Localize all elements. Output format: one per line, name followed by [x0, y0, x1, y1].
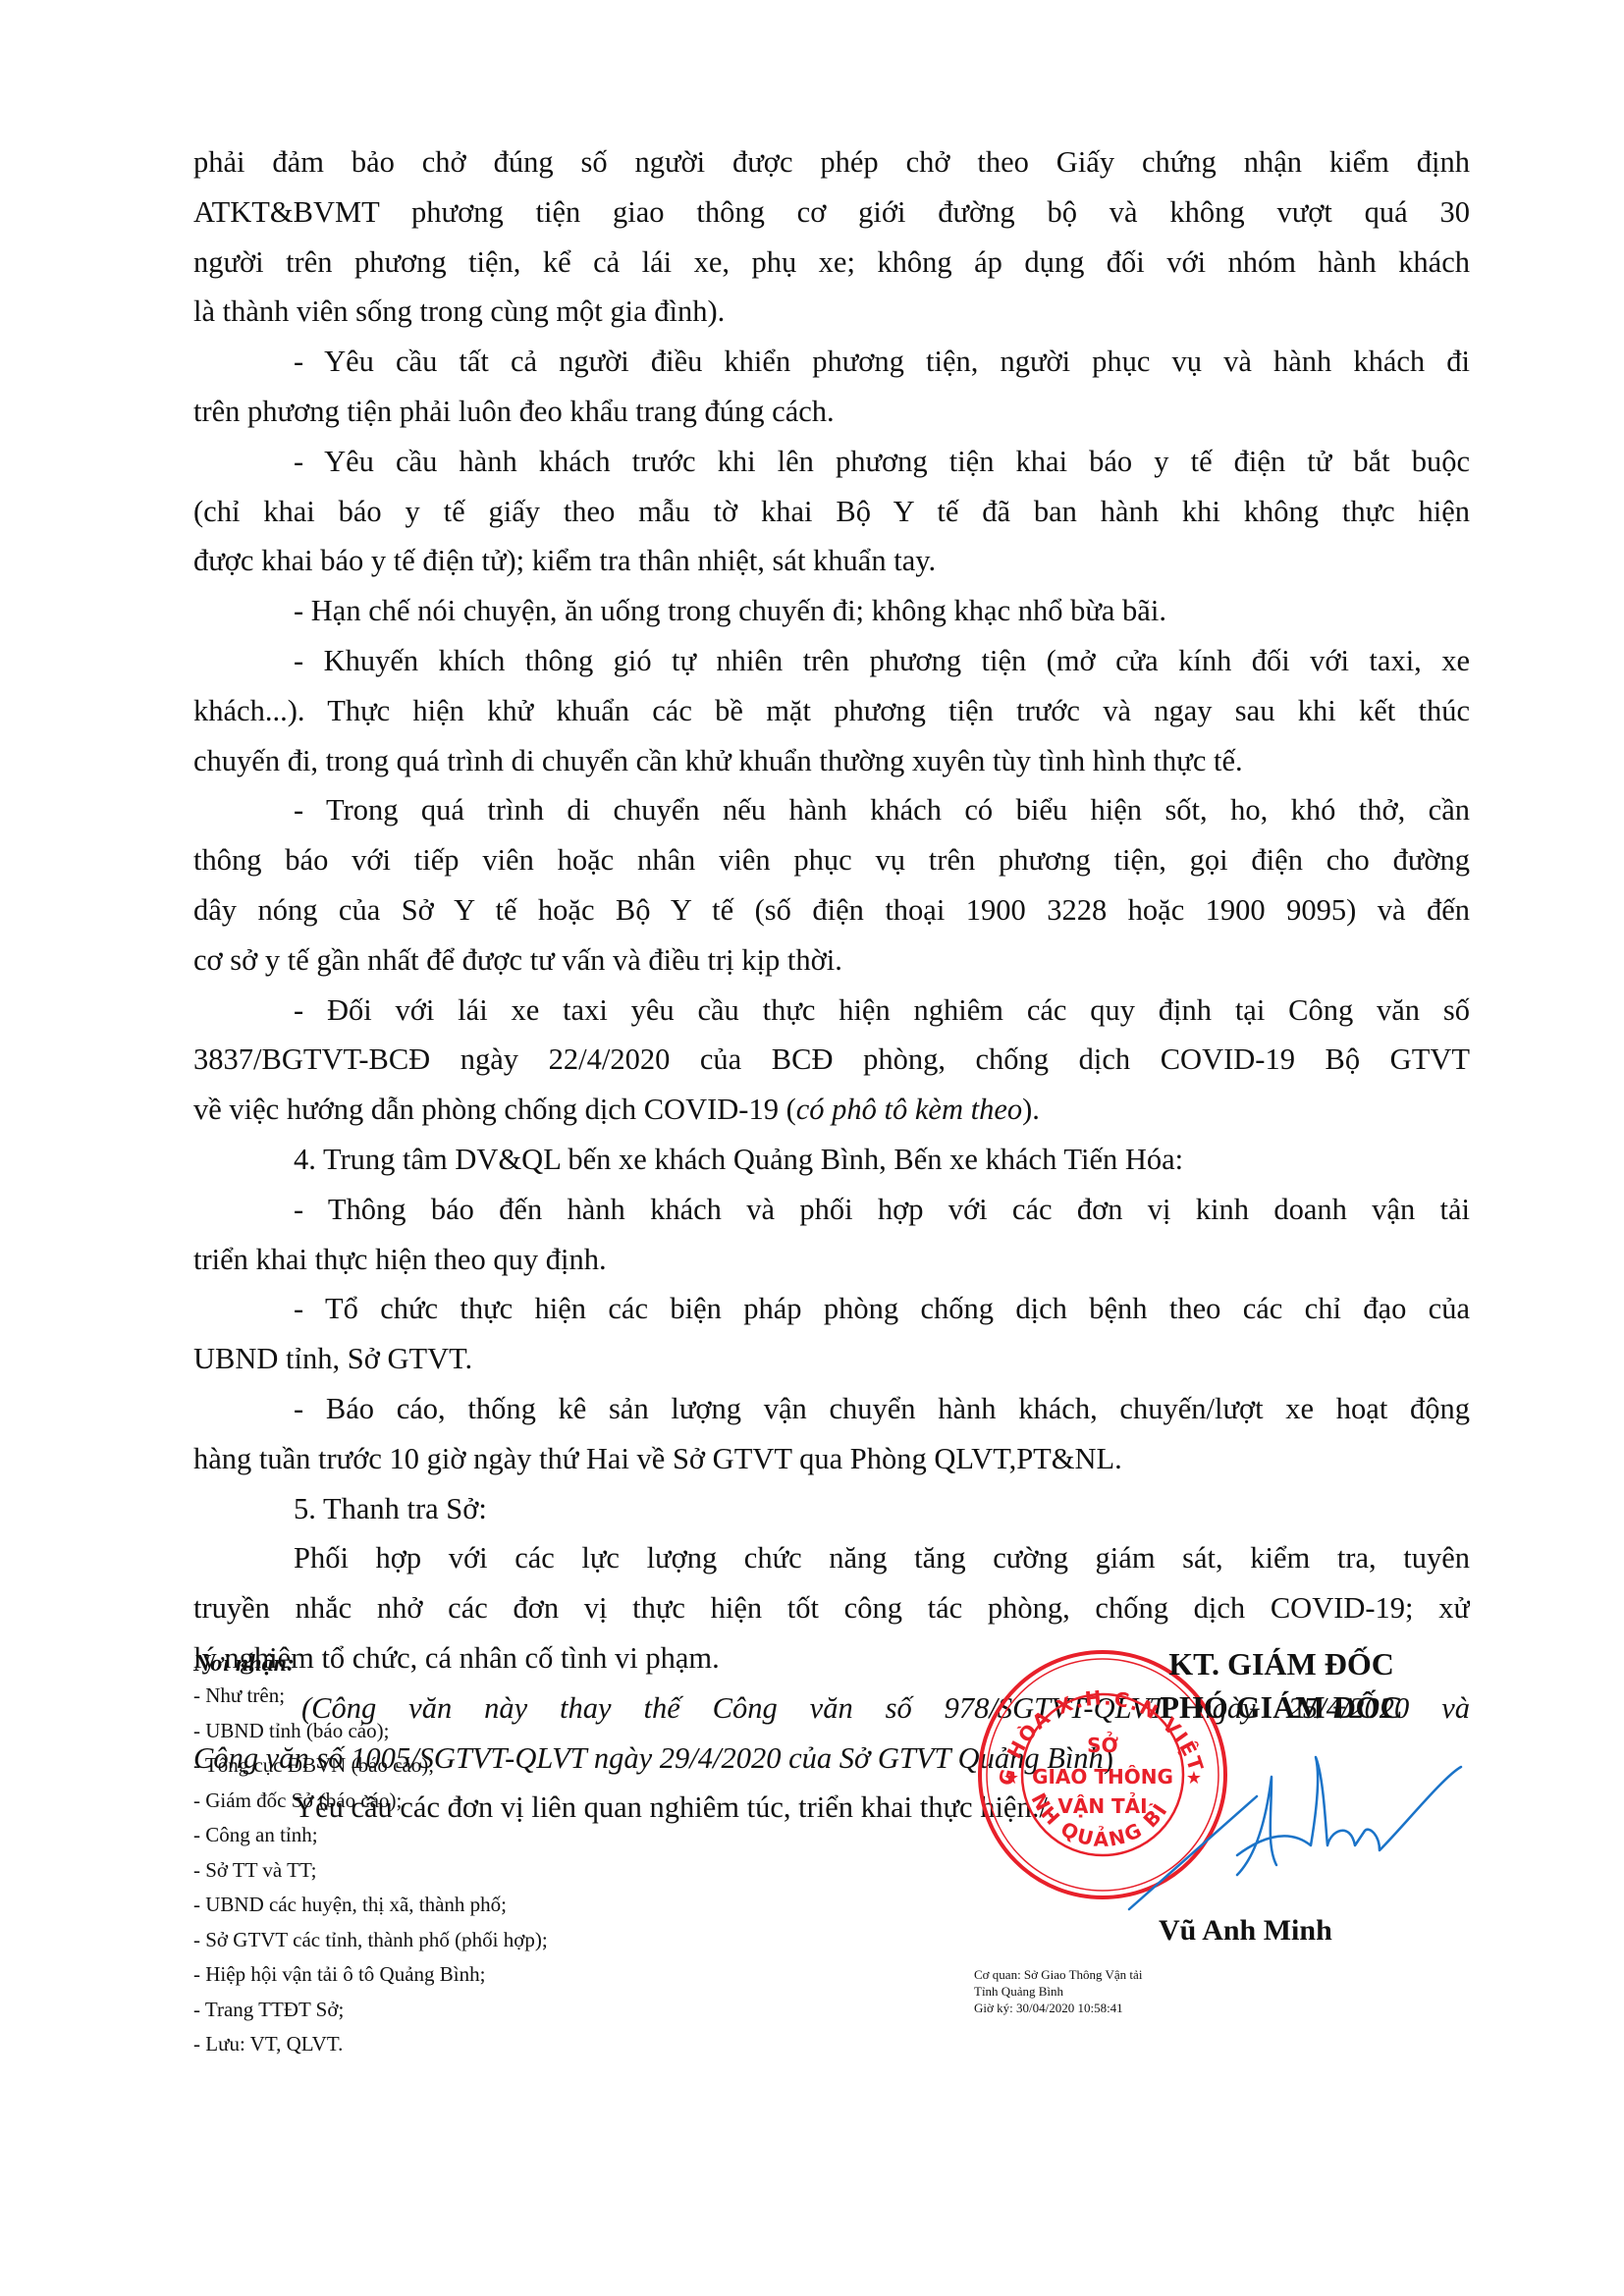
document-body: phải đảm bảo chở đúng số người được phép…: [193, 137, 1470, 1833]
body-line: Phối hợp với các lực lượng chức năng tăn…: [193, 1533, 1470, 1583]
recipient-item: - Công an tỉnh;: [193, 1818, 743, 1853]
recipient-item: - Sở GTVT các tỉnh, thành phố (phối hợp)…: [193, 1923, 743, 1958]
body-line: trên phương tiện phải luôn đeo khẩu tran…: [193, 387, 1470, 437]
handwritten-signature-icon: [1070, 1737, 1463, 1914]
recipients-block: Nơi nhận: - Như trên;- UBND tỉnh (báo cá…: [193, 1649, 743, 2062]
recipient-item: - Hiệp hội vận tải ô tô Quảng Bình;: [193, 1957, 743, 1993]
body-line: ATKT&BVMT phương tiện giao thông cơ giới…: [193, 187, 1470, 238]
body-line: cơ sở y tế gần nhất để được tư vấn và đi…: [193, 935, 1470, 986]
signature-agency-province: Tỉnh Quảng Bình: [974, 1983, 1142, 2000]
body-line: thông báo với tiếp viên hoặc nhân viên p…: [193, 835, 1470, 885]
signer-name: Vũ Anh Minh: [1159, 1914, 1332, 1948]
svg-text:★: ★: [1003, 1768, 1019, 1788]
body-line: dây nóng của Sở Y tế hoặc Bộ Y tế (số đi…: [193, 885, 1470, 935]
body-line: người trên phương tiện, kể cả lái xe, ph…: [193, 238, 1470, 288]
recipient-item: - UBND các huyện, thị xã, thành phố;: [193, 1888, 743, 1923]
body-line: - Đối với lái xe taxi yêu cầu thực hiện …: [193, 986, 1470, 1036]
signer-title-line1: KT. GIÁM ĐỐC: [1119, 1642, 1443, 1685]
body-line: - Tổ chức thực hiện các biện pháp phòng …: [193, 1284, 1470, 1334]
body-line: triển khai thực hiện theo quy định.: [193, 1235, 1470, 1285]
body-line: về việc hướng dẫn phòng chống dịch COVID…: [193, 1085, 1470, 1135]
signature-agency: Cơ quan: Sở Giao Thông Vận tải: [974, 1966, 1142, 1983]
recipient-item: - Sở TT và TT;: [193, 1853, 743, 1889]
body-line: - Thông báo đến hành khách và phối hợp v…: [193, 1185, 1470, 1235]
body-line: - Hạn chế nói chuyện, ăn uống trong chuy…: [193, 586, 1470, 636]
body-line: truyền nhắc nhở các đơn vị thực hiện tốt…: [193, 1583, 1470, 1633]
body-line: hàng tuần trước 10 giờ ngày thứ Hai về S…: [193, 1434, 1470, 1484]
body-line: - Yêu cầu hành khách trước khi lên phươn…: [193, 437, 1470, 487]
recipient-item: - Giám đốc Sở (báo cáo);: [193, 1784, 743, 1819]
body-line: 5. Thanh tra Sở:: [193, 1484, 1470, 1534]
body-line: (chỉ khai báo y tế giấy theo mẫu tờ khai…: [193, 487, 1470, 537]
recipient-item: - UBND tỉnh (báo cáo);: [193, 1714, 743, 1749]
recipient-item: - Trang TTĐT Sở;: [193, 1993, 743, 2028]
body-line: chuyến đi, trong quá trình di chuyển cần…: [193, 736, 1470, 786]
body-line: - Trong quá trình di chuyển nếu hành khá…: [193, 785, 1470, 835]
body-line: được khai báo y tế điện tử); kiểm tra th…: [193, 536, 1470, 586]
body-line: - Báo cáo, thống kê sản lượng vận chuyển…: [193, 1384, 1470, 1434]
recipients-title: Nơi nhận:: [193, 1649, 743, 1679]
body-line: 3837/BGTVT-BCĐ ngày 22/4/2020 của BCĐ ph…: [193, 1035, 1470, 1085]
body-line: khách...). Thực hiện khử khuẩn các bề mặ…: [193, 686, 1470, 736]
recipient-item: - Như trên;: [193, 1679, 743, 1714]
recipients-list: - Như trên;- UBND tỉnh (báo cáo);- Tổng …: [193, 1679, 743, 2062]
recipient-item: - Tổng cục ĐBVN (báo cáo);: [193, 1748, 743, 1784]
body-line: - Yêu cầu tất cả người điều khiển phương…: [193, 337, 1470, 387]
signer-title-line2: PHÓ GIÁM ĐỐC: [1119, 1685, 1443, 1729]
body-line: phải đảm bảo chở đúng số người được phép…: [193, 137, 1470, 187]
digital-signature-info: Cơ quan: Sở Giao Thông Vận tải Tỉnh Quản…: [974, 1966, 1142, 2016]
body-line: là thành viên sống trong cùng một gia đì…: [193, 287, 1470, 337]
body-line: UBND tỉnh, Sở GTVT.: [193, 1334, 1470, 1384]
signer-title: KT. GIÁM ĐỐC PHÓ GIÁM ĐỐC: [1119, 1642, 1443, 1729]
signature-time: Giờ ký: 30/04/2020 10:58:41: [974, 2000, 1142, 2016]
body-line: 4. Trung tâm DV&QL bến xe khách Quảng Bì…: [193, 1135, 1470, 1185]
body-line: - Khuyến khích thông gió tự nhiên trên p…: [193, 636, 1470, 686]
recipient-item: - Lưu: VT, QLVT.: [193, 2027, 743, 2062]
